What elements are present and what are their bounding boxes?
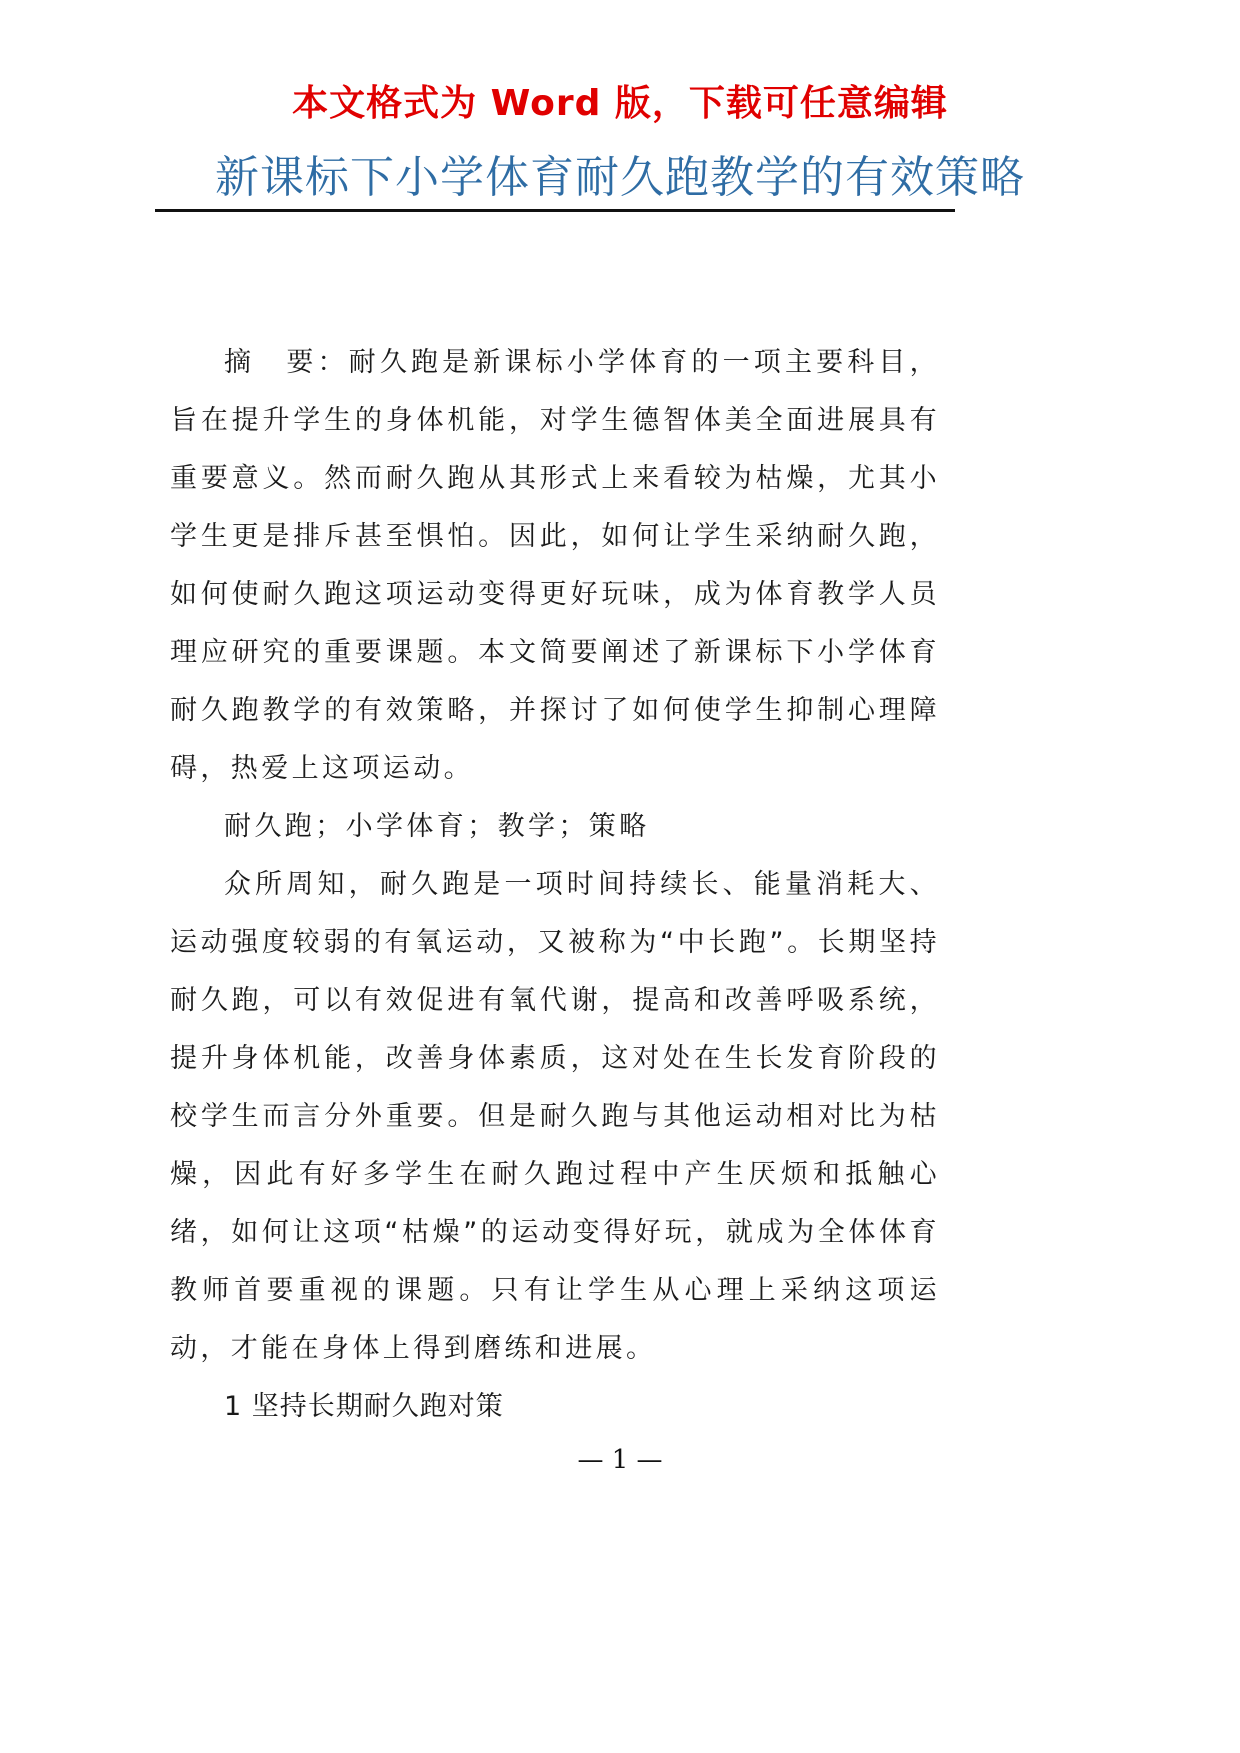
document-body: 摘 要：耐久跑是新课标小学体育的一项主要科目，旨在提升学生的身体机能，对学生德智…	[170, 334, 940, 1436]
abstract-paragraph: 摘 要：耐久跑是新课标小学体育的一项主要科目，旨在提升学生的身体机能，对学生德智…	[170, 334, 940, 798]
format-notice-banner: 本文格式为 Word 版，下载可任意编辑	[0, 80, 1240, 128]
title-divider	[155, 209, 955, 212]
keywords-paragraph: 耐久跑；小学体育；教学；策略	[170, 798, 940, 856]
intro-paragraph: 众所周知，耐久跑是一项时间持续长、能量消耗大、运动强度较弱的有氧运动，又被称为“…	[170, 856, 940, 1378]
section-heading: 1 坚持长期耐久跑对策	[170, 1378, 940, 1436]
page-number: — 1 —	[0, 1440, 1240, 1480]
document-title: 新课标下小学体育耐久跑教学的有效策略	[0, 148, 1240, 208]
